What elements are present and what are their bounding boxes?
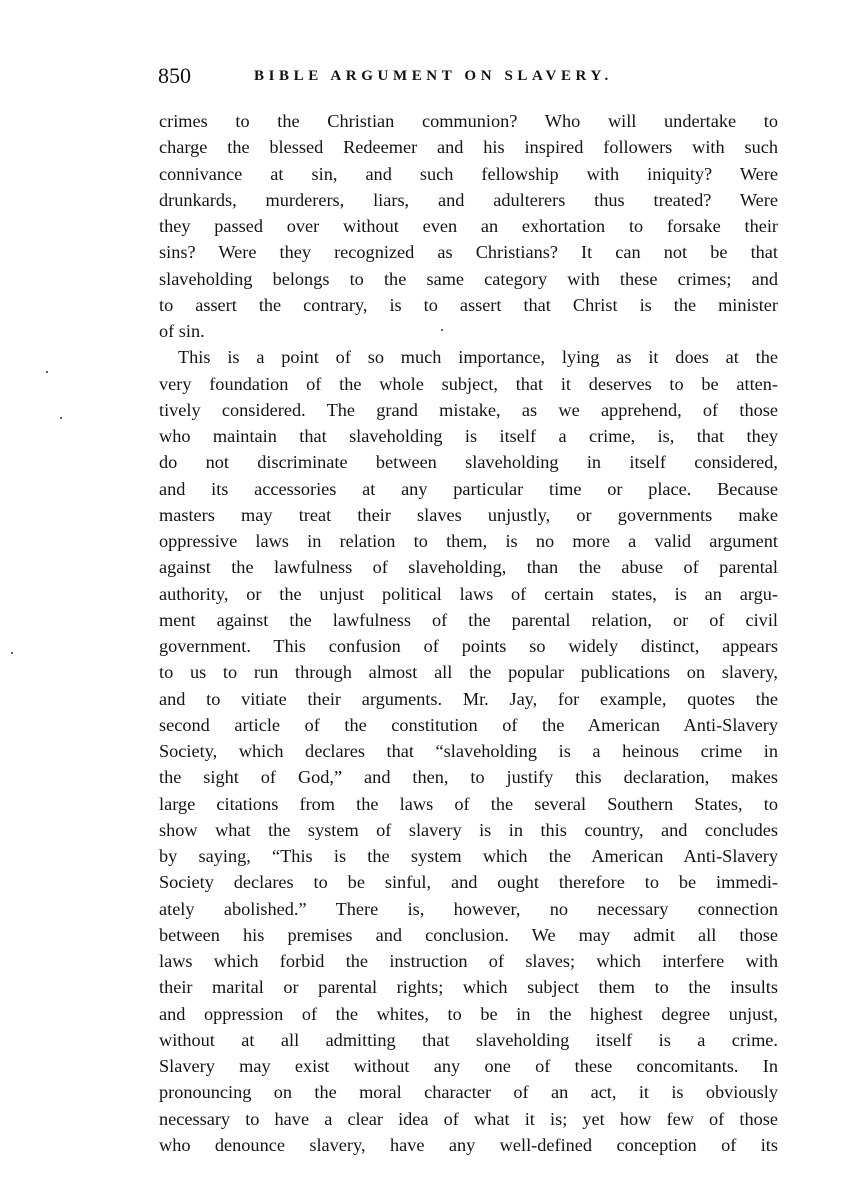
scanned-book-page: 850 BIBLE ARGUMENT ON SLAVERY. crimes to… [0,0,854,1200]
text-line: government. This confusion of points so … [159,633,778,659]
text-line: very foundation of the whole subject, th… [159,371,778,397]
paragraph-continued: crimes to the Christian communion? Who w… [159,108,778,344]
page-number: 850 [158,62,191,90]
text-line: This is a point of so much importance, l… [159,344,778,370]
text-line: laws which forbid the instruction of sla… [159,948,778,974]
text-line: do not discriminate between slaveholding… [159,449,778,475]
page-header: 850 BIBLE ARGUMENT ON SLAVERY. [158,62,778,90]
text-line: the sight of God,” and then, to justify … [159,764,778,790]
text-line: without at all admitting that slaveholdi… [159,1027,778,1053]
text-line: and its accessories at any particular ti… [159,476,778,502]
text-line: Society, which declares that “slaveholdi… [159,738,778,764]
scan-speck [46,371,48,373]
text-line: slaveholding belongs to the same categor… [159,266,778,292]
text-line: crimes to the Christian communion? Who w… [159,108,778,134]
text-line: pronouncing on the moral character of an… [159,1079,778,1105]
text-line: between his premises and conclusion. We … [159,922,778,948]
text-line: connivance at sin, and such fellowship w… [159,161,778,187]
text-line: ately abolished.” There is, however, no … [159,896,778,922]
text-line: oppressive laws in relation to them, is … [159,528,778,554]
text-line: by saying, “This is the system which the… [159,843,778,869]
scan-speck [60,417,62,419]
text-line: Society declares to be sinful, and ought… [159,869,778,895]
scan-speck [11,652,13,654]
body-text: crimes to the Christian communion? Who w… [159,108,778,1158]
text-line: ment against the lawfulness of the paren… [159,607,778,633]
text-line: of sin. [159,318,778,344]
text-line: necessary to have a clear idea of what i… [159,1106,778,1132]
text-line: their marital or parental rights; which … [159,974,778,1000]
text-line: charge the blessed Redeemer and his insp… [159,134,778,160]
text-line: tively considered. The grand mistake, as… [159,397,778,423]
text-line: they passed over without even an exhorta… [159,213,778,239]
text-line: to assert the contrary, is to assert tha… [159,292,778,318]
text-line: who denounce slavery, have any well-defi… [159,1132,778,1158]
running-title: BIBLE ARGUMENT ON SLAVERY. [254,64,613,88]
text-line: sins? Were they recognized as Christians… [159,239,778,265]
text-line: who maintain that slaveholding is itself… [159,423,778,449]
text-line: Slavery may exist without any one of the… [159,1053,778,1079]
text-line: drunkards, murderers, liars, and adulter… [159,187,778,213]
scan-speck [441,329,443,331]
text-line: against the lawfulness of slaveholding, … [159,554,778,580]
text-line: show what the system of slavery is in th… [159,817,778,843]
text-line: authority, or the unjust political laws … [159,581,778,607]
paragraph: This is a point of so much importance, l… [159,344,778,1158]
text-line: second article of the constitution of th… [159,712,778,738]
text-line: and oppression of the whites, to be in t… [159,1001,778,1027]
text-line: and to vitiate their arguments. Mr. Jay,… [159,686,778,712]
text-line: masters may treat their slaves unjustly,… [159,502,778,528]
text-line: large citations from the laws of the sev… [159,791,778,817]
text-line: to us to run through almost all the popu… [159,659,778,685]
